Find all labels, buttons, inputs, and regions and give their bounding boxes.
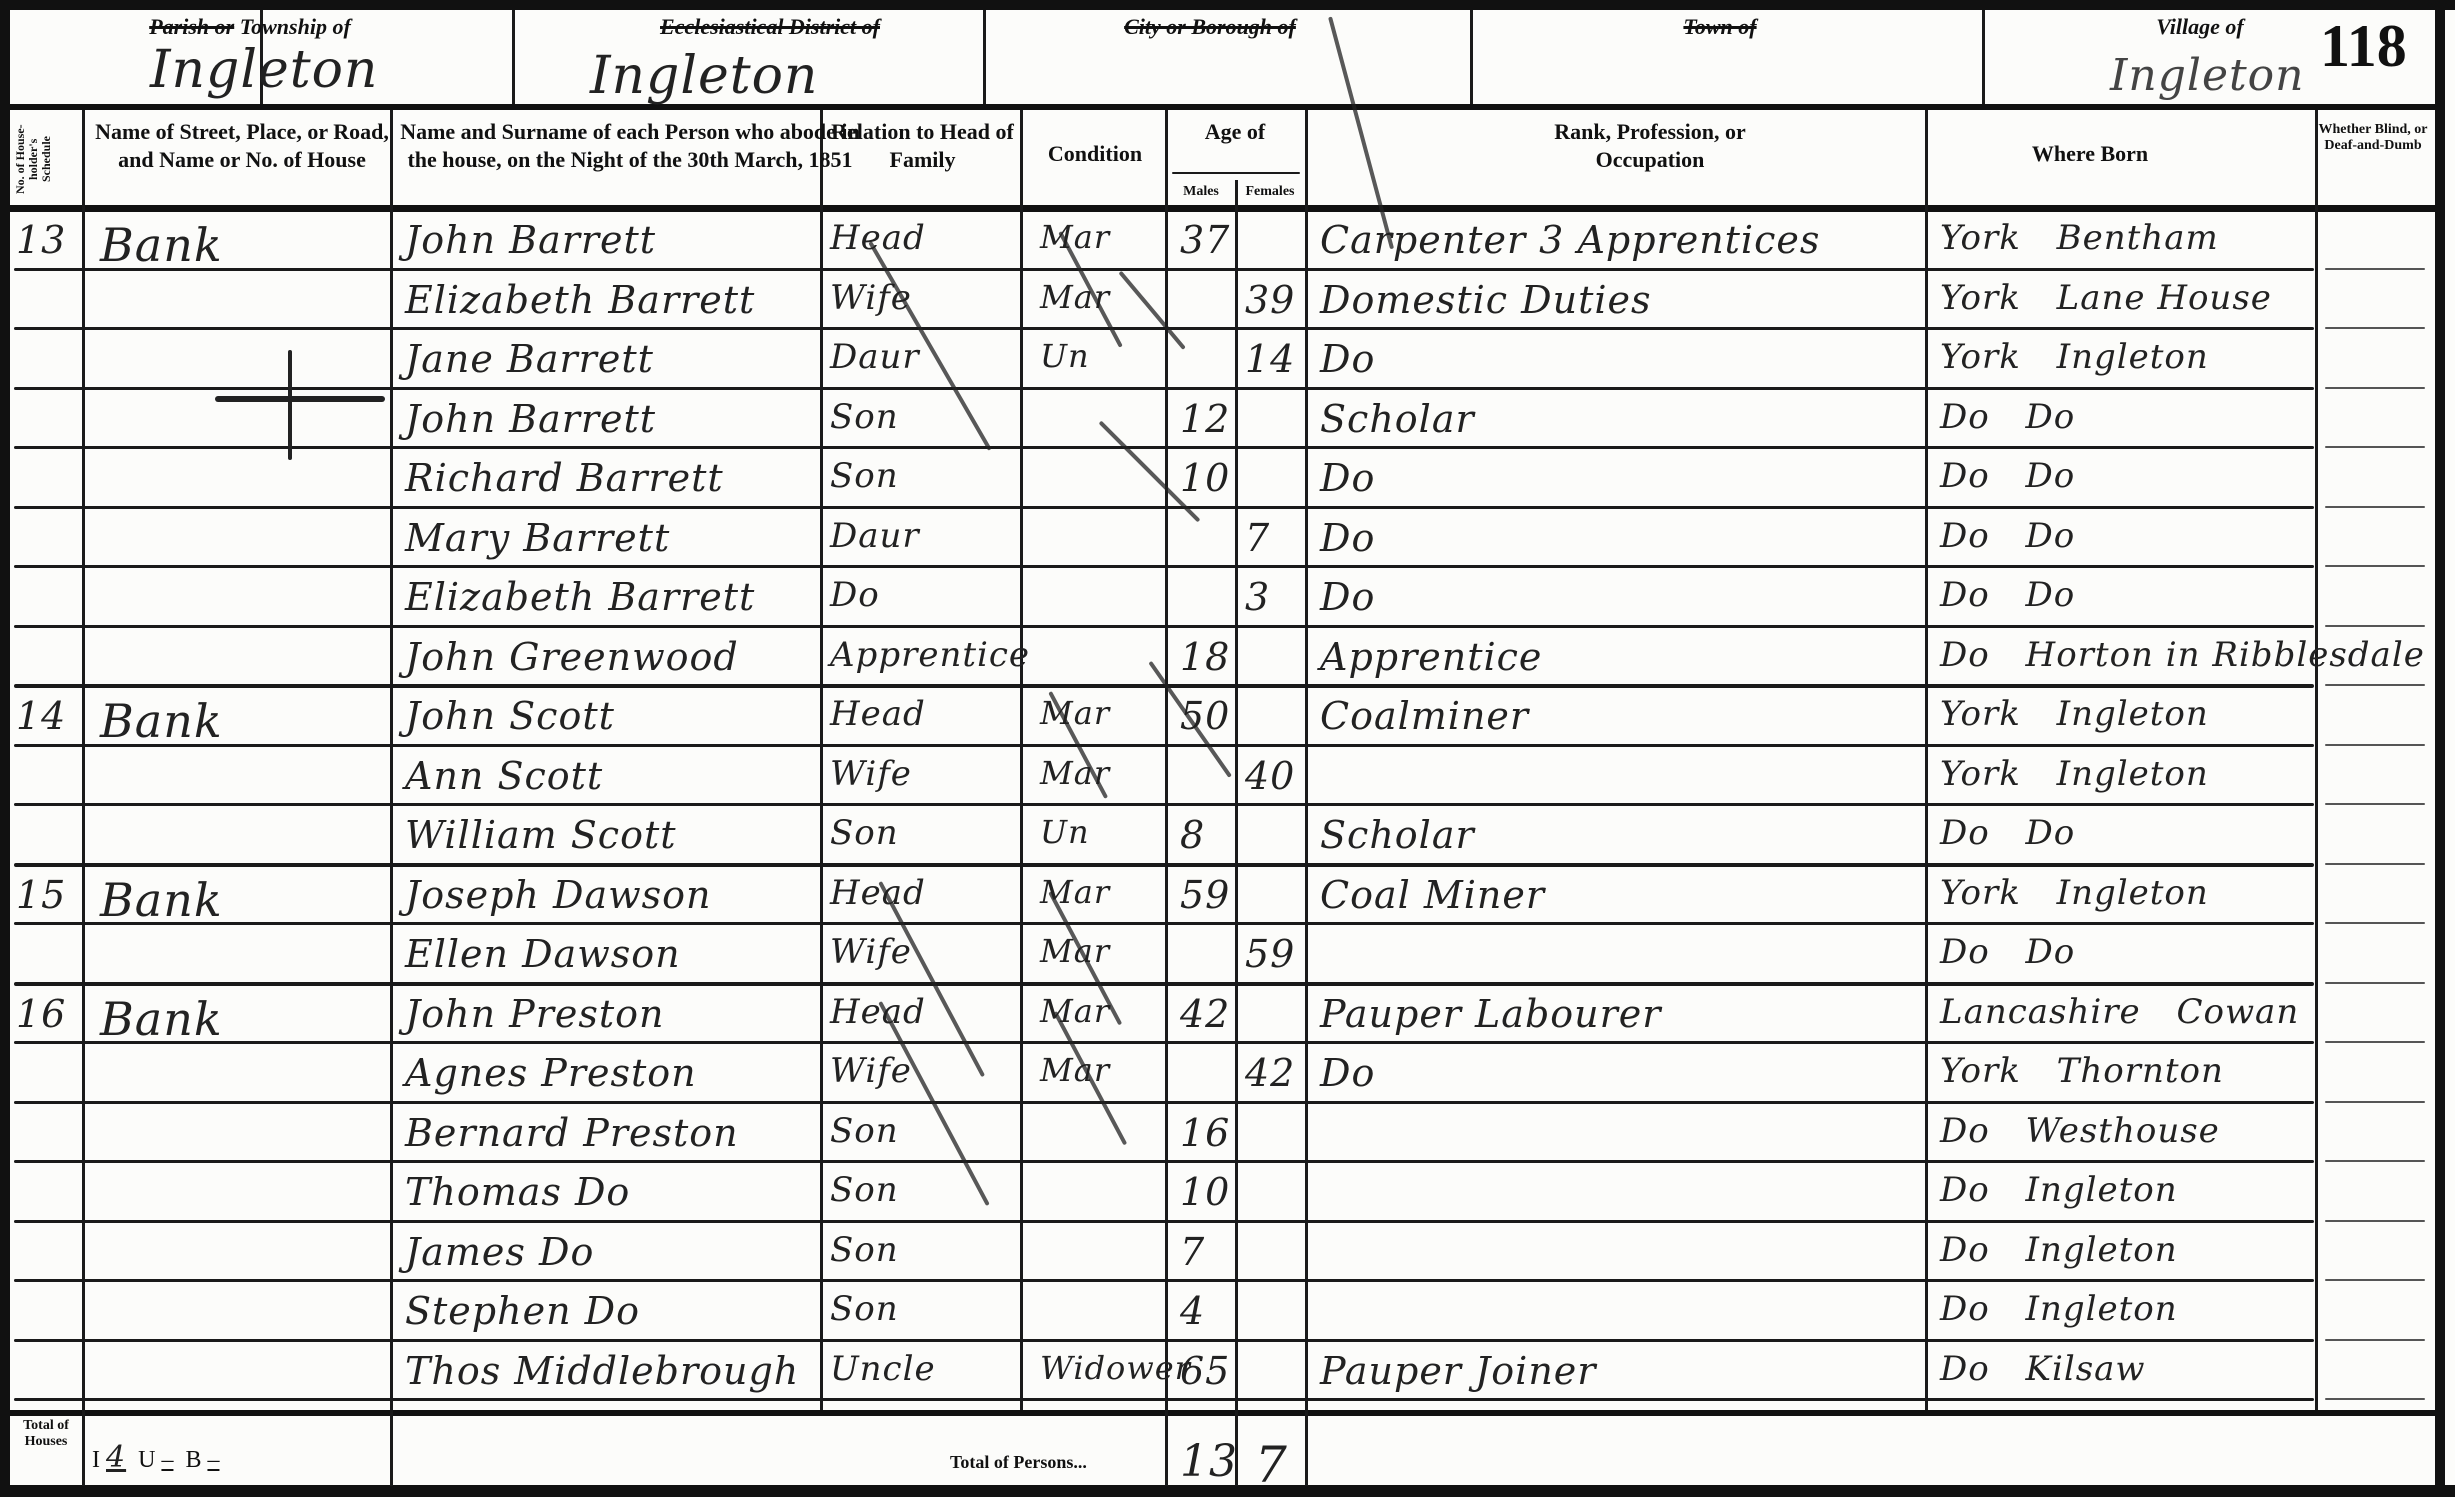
cell-age-males: 4 — [1180, 1289, 1205, 1333]
footer-sep — [82, 1410, 85, 1486]
row-line — [14, 387, 2314, 390]
row-line-blind — [2325, 744, 2425, 746]
born-county: Do — [1940, 516, 1990, 556]
row-line-blind — [2325, 863, 2425, 865]
cell-age-males: 7 — [1180, 1230, 1205, 1274]
cell-relation: Daur — [830, 516, 920, 556]
table-row: Agnes PrestonWifeMar42DoYork Thornton — [0, 1045, 2435, 1105]
cell-condition: Un — [1040, 337, 1090, 375]
cell-where-born: Do Ingleton — [1940, 1230, 2178, 1270]
header-sep — [1470, 10, 1473, 104]
born-place: Ingleton — [2026, 1230, 2178, 1270]
col-head-name: Name and Surname of each Person who abod… — [400, 118, 860, 174]
row-line-blind — [2325, 446, 2425, 448]
cell-name: Elizabeth Barrett — [405, 575, 755, 619]
cell-condition: Mar — [1040, 218, 1110, 256]
table-row: Elizabeth BarrettWifeMar39Domestic Dutie… — [0, 272, 2435, 332]
total-persons-label: Total of Persons... — [950, 1452, 1087, 1473]
cell-schedule: 13 — [16, 218, 66, 262]
born-place: Thornton — [2057, 1051, 2224, 1091]
row-line-blind — [2325, 1220, 2425, 1222]
born-place: Do — [2026, 932, 2076, 972]
row-line — [14, 625, 2314, 628]
col-head-born: Where Born — [1935, 140, 2245, 168]
table-row: 13BankJohn BarrettHeadMar37Carpenter 3 A… — [0, 212, 2435, 272]
cell-name: Ellen Dawson — [405, 932, 681, 976]
table-row: Jane BarrettDaurUn14DoYork Ingleton — [0, 331, 2435, 391]
born-place: Do — [2026, 516, 2076, 556]
born-place: Do — [2026, 575, 2076, 615]
cell-name: Stephen Do — [405, 1289, 640, 1333]
cell-where-born: Do Do — [1940, 575, 2075, 615]
cell-where-born: York Ingleton — [1940, 337, 2209, 377]
row-line-blind — [2325, 1339, 2425, 1341]
col-head-condition: Condition — [1025, 140, 1165, 168]
parish-value: Ingleton — [150, 40, 378, 100]
cell-where-born: Do Do — [1940, 456, 2075, 496]
born-place: Ingleton — [2026, 1289, 2178, 1329]
cell-age-males: 59 — [1180, 873, 1230, 917]
cell-street: Bank — [100, 992, 223, 1046]
row-line — [14, 446, 2314, 449]
table-row: 16BankJohn PrestonHeadMar42Pauper Labour… — [0, 986, 2435, 1046]
cell-where-born: Do Do — [1940, 813, 2075, 853]
cell-condition: Mar — [1040, 992, 1110, 1030]
cell-relation: Head — [830, 694, 926, 734]
table-row: Elizabeth BarrettDo3DoDo Do — [0, 569, 2435, 629]
born-county: Do — [1940, 635, 1990, 675]
born-place: Ingleton — [2057, 694, 2209, 734]
table-row: Thomas DoSon10Do Ingleton — [0, 1164, 2435, 1224]
header-divider — [10, 104, 2435, 110]
cell-relation: Son — [830, 1170, 899, 1210]
row-line — [14, 565, 2314, 568]
cell-occupation: Do — [1320, 337, 1375, 381]
cell-age-females: 14 — [1245, 337, 1295, 381]
cell-age-females: 42 — [1245, 1051, 1295, 1095]
footer-divider — [10, 1410, 2435, 1416]
cell-occupation: Do — [1320, 516, 1375, 560]
cell-occupation: Pauper Joiner — [1320, 1349, 1596, 1393]
cell-relation: Son — [830, 397, 899, 437]
cell-name: Elizabeth Barrett — [405, 278, 755, 322]
census-page: Parish or Township of Ingleton Ecclesias… — [0, 0, 2455, 1497]
born-county: Do — [1940, 813, 1990, 853]
age-underline — [1172, 172, 1300, 174]
total-females: 7 — [1255, 1436, 1288, 1494]
born-county: Do — [1940, 575, 1990, 615]
cell-age-females: 39 — [1245, 278, 1295, 322]
cell-name: Ann Scott — [405, 754, 603, 798]
cell-relation: Do — [830, 575, 880, 615]
born-place: Do — [2026, 813, 2076, 853]
footer-sep — [1165, 1410, 1168, 1486]
village-value: Ingleton — [2110, 50, 2305, 101]
town-label: Town of — [1620, 14, 1820, 40]
row-line-blind — [2325, 1279, 2425, 1281]
cell-name: Thos Middlebrough — [405, 1349, 799, 1393]
cell-relation: Wife — [830, 754, 912, 794]
uninhabited-prefix: U — [138, 1447, 155, 1473]
cell-occupation: Apprentice — [1320, 635, 1542, 679]
cell-where-born: York Ingleton — [1940, 873, 2209, 913]
cell-age-males: 37 — [1180, 218, 1230, 262]
village-label: Village of — [2100, 14, 2300, 40]
cell-relation: Son — [830, 456, 899, 496]
cell-schedule: 16 — [16, 992, 66, 1036]
cell-where-born: York Thornton — [1940, 1051, 2224, 1091]
parish-label-struck: Parish or — [149, 14, 234, 39]
cell-name: Richard Barrett — [405, 456, 724, 500]
row-line — [14, 1160, 2314, 1163]
cell-age-females: 3 — [1245, 575, 1270, 619]
cell-occupation: Coal Miner — [1320, 873, 1545, 917]
row-line-blind — [2325, 684, 2425, 686]
cell-condition: Mar — [1040, 1051, 1110, 1089]
row-line-blind — [2325, 1101, 2425, 1103]
born-county: York — [1940, 873, 2021, 913]
col-head-occupation: Rank, Profession, or Occupation — [1500, 118, 1800, 174]
cell-where-born: Do Ingleton — [1940, 1289, 2178, 1329]
cell-name: John Preston — [405, 992, 664, 1036]
cell-where-born: York Ingleton — [1940, 754, 2209, 794]
eccl-label: Ecclesiastical District of — [560, 14, 980, 40]
cell-where-born: York Ingleton — [1940, 694, 2209, 734]
born-place: Westhouse — [2026, 1111, 2220, 1151]
row-line-blind — [2325, 268, 2425, 270]
cell-where-born: York Bentham — [1940, 218, 2219, 258]
born-county: Do — [1940, 1111, 1990, 1151]
cell-name: Mary Barrett — [405, 516, 670, 560]
born-place: Bentham — [2057, 218, 2219, 258]
township-label: Township of — [240, 14, 351, 39]
cell-where-born: Do Kilsaw — [1940, 1349, 2146, 1389]
born-county: York — [1940, 754, 2021, 794]
building-prefix: B — [185, 1447, 201, 1473]
cell-occupation: Do — [1320, 456, 1375, 500]
born-place: Ingleton — [2026, 1170, 2178, 1210]
city-label: City or Borough of — [1080, 14, 1340, 40]
cell-occupation: Do — [1320, 1051, 1375, 1095]
table-row: 15BankJoseph DawsonHeadMar59Coal MinerYo… — [0, 867, 2435, 927]
row-line — [14, 1398, 2314, 1401]
row-line — [14, 1339, 2314, 1342]
uninhabited-value: – — [161, 1447, 173, 1473]
right-border — [2435, 0, 2445, 1497]
header-sep — [983, 10, 986, 104]
born-place: Ingleton — [2057, 337, 2209, 377]
born-county: York — [1940, 694, 2021, 734]
total-males: 13 — [1180, 1436, 1238, 1487]
cell-occupation: Carpenter 3 Apprentices — [1320, 218, 1820, 262]
cell-name: John Greenwood — [405, 635, 739, 679]
born-county: Do — [1940, 1349, 1990, 1389]
column-header-divider — [10, 205, 2435, 212]
cell-name: James Do — [405, 1230, 594, 1274]
col-head-street: Name of Street, Place, or Road, and Name… — [92, 118, 392, 174]
cell-age-females: 59 — [1245, 932, 1295, 976]
cell-name: John Barrett — [405, 218, 656, 262]
cell-relation: Head — [830, 873, 926, 913]
cross-mark — [215, 396, 385, 402]
cell-name: Joseph Dawson — [405, 873, 711, 917]
cell-where-born: Lancashire Cowan — [1940, 992, 2299, 1032]
born-place: Ingleton — [2057, 873, 2209, 913]
born-place: Cowan — [2176, 992, 2299, 1032]
header-sep — [1982, 10, 1985, 104]
cell-relation: Uncle — [830, 1349, 936, 1389]
cell-relation: Wife — [830, 932, 912, 972]
cell-age-males: 10 — [1180, 456, 1230, 500]
cell-age-males: 42 — [1180, 992, 1230, 1036]
born-place: Lane House — [2057, 278, 2272, 318]
footer-sep — [390, 1410, 393, 1486]
cell-age-females: 7 — [1245, 516, 1270, 560]
cell-relation: Apprentice — [830, 635, 1030, 675]
table-row: Stephen DoSon4Do Ingleton — [0, 1283, 2435, 1343]
born-county: Do — [1940, 1230, 1990, 1270]
row-line — [14, 1101, 2314, 1104]
cell-name: Thomas Do — [405, 1170, 630, 1214]
born-county: Do — [1940, 397, 1990, 437]
cell-street: Bank — [100, 873, 223, 927]
cell-where-born: Do Do — [1940, 932, 2075, 972]
cell-where-born: Do Horton in Ribblesdale — [1940, 635, 2425, 675]
page-number: 118 — [2320, 12, 2407, 81]
cell-age-males: 18 — [1180, 635, 1230, 679]
table-row: Bernard PrestonSon16Do Westhouse — [0, 1105, 2435, 1165]
cell-where-born: Do Ingleton — [1940, 1170, 2178, 1210]
cell-name: John Barrett — [405, 397, 656, 441]
eccl-value: Ingleton — [590, 46, 818, 106]
cell-where-born: Do Do — [1940, 397, 2075, 437]
header-sep — [512, 10, 515, 104]
row-line-blind — [2325, 922, 2425, 924]
table-row: Ellen DawsonWifeMar59Do Do — [0, 926, 2435, 986]
born-county: York — [1940, 1051, 2021, 1091]
row-line-blind — [2325, 327, 2425, 329]
table-row: 14BankJohn ScottHeadMar50CoalminerYork I… — [0, 688, 2435, 748]
born-county: Do — [1940, 456, 1990, 496]
cell-occupation: Do — [1320, 575, 1375, 619]
row-line — [14, 268, 2314, 271]
row-line — [14, 1279, 2314, 1282]
table-row: Thos MiddlebroughUncleWidower65Pauper Jo… — [0, 1343, 2435, 1403]
houses-inhabited: I 4 U – B – — [92, 1440, 219, 1475]
cell-relation: Wife — [830, 1051, 912, 1091]
born-county: York — [1940, 278, 2021, 318]
cell-age-males: 8 — [1180, 813, 1205, 857]
cell-name: William Scott — [405, 813, 677, 857]
cell-condition: Widower — [1040, 1349, 1191, 1387]
cell-where-born: Do Do — [1940, 516, 2075, 556]
col-head-blind: Whether Blind, or Deaf-and-Dumb — [2318, 122, 2428, 154]
cell-relation: Son — [830, 1289, 899, 1329]
row-line-blind — [2325, 1041, 2425, 1043]
cell-relation: Son — [830, 813, 899, 853]
col-head-age-females: Females — [1235, 184, 1305, 200]
row-line — [14, 506, 2314, 509]
row-line-blind — [2325, 625, 2425, 627]
building-value: – — [207, 1447, 219, 1473]
cell-occupation: Scholar — [1320, 397, 1475, 441]
cell-occupation: Pauper Labourer — [1320, 992, 1661, 1036]
cell-name: Jane Barrett — [405, 337, 654, 381]
row-line-blind — [2325, 803, 2425, 805]
col-head-relation: Relation to Head of Family — [830, 118, 1015, 174]
cell-condition: Mar — [1040, 694, 1110, 732]
inhabited-value: 4 — [106, 1440, 126, 1475]
cell-age-males: 65 — [1180, 1349, 1230, 1393]
table-row: John GreenwoodApprentice18ApprenticeDo H… — [0, 629, 2435, 689]
col-head-age-males: Males — [1168, 184, 1234, 200]
table-row: William ScottSonUn8ScholarDo Do — [0, 807, 2435, 867]
cell-age-males: 10 — [1180, 1170, 1230, 1214]
row-line-blind — [2325, 506, 2425, 508]
cell-where-born: Do Westhouse — [1940, 1111, 2220, 1151]
row-line — [14, 1041, 2314, 1044]
cell-occupation: Scholar — [1320, 813, 1475, 857]
cell-age-males: 16 — [1180, 1111, 1230, 1155]
row-line-blind — [2325, 982, 2425, 984]
total-houses-label: Total of Houses — [12, 1418, 80, 1450]
cell-name: John Scott — [405, 694, 615, 738]
born-county: Do — [1940, 1289, 1990, 1329]
row-line-blind — [2325, 387, 2425, 389]
cell-condition: Un — [1040, 813, 1090, 851]
born-county: Lancashire — [1940, 992, 2141, 1032]
born-county: Do — [1940, 932, 1990, 972]
inhabited-prefix: I — [92, 1447, 100, 1473]
col-head-schedule: No. of House-holder's Schedule — [14, 115, 84, 203]
table-row: Mary BarrettDaur7DoDo Do — [0, 510, 2435, 570]
cross-mark — [288, 350, 292, 460]
cell-relation: Head — [830, 992, 926, 1032]
top-border — [0, 0, 2455, 10]
cell-relation: Son — [830, 1111, 899, 1151]
born-place: Do — [2026, 397, 2076, 437]
cell-occupation: Domestic Duties — [1320, 278, 1652, 322]
born-county: Do — [1940, 1170, 1990, 1210]
born-county: York — [1940, 337, 2021, 377]
table-row: James DoSon7Do Ingleton — [0, 1224, 2435, 1284]
cell-age-males: 12 — [1180, 397, 1230, 441]
row-line-blind — [2325, 565, 2425, 567]
row-line — [14, 744, 2314, 747]
cell-relation: Daur — [830, 337, 920, 377]
row-line — [14, 803, 2314, 806]
cell-street: Bank — [100, 694, 223, 748]
parish-label: Parish or Township of — [90, 14, 410, 40]
born-place: Ingleton — [2057, 754, 2209, 794]
cell-name: Agnes Preston — [405, 1051, 697, 1095]
cell-schedule: 15 — [16, 873, 66, 917]
row-line-blind — [2325, 1160, 2425, 1162]
cell-age-females: 40 — [1245, 754, 1295, 798]
row-line — [14, 922, 2314, 925]
cell-occupation: Coalminer — [1320, 694, 1529, 738]
cell-street: Bank — [100, 218, 223, 272]
cell-relation: Son — [830, 1230, 899, 1270]
cell-where-born: York Lane House — [1940, 278, 2272, 318]
col-head-age: Age of — [1170, 118, 1300, 146]
footer-sep — [1305, 1410, 1308, 1486]
cell-name: Bernard Preston — [405, 1111, 739, 1155]
born-place: Horton in Ribblesdale — [2026, 635, 2425, 675]
table-row: Richard BarrettSon10DoDo Do — [0, 450, 2435, 510]
born-place: Do — [2026, 456, 2076, 496]
cell-schedule: 14 — [16, 694, 66, 738]
born-place: Kilsaw — [2026, 1349, 2146, 1389]
row-line — [14, 1220, 2314, 1223]
row-line-blind — [2325, 1398, 2425, 1400]
born-county: York — [1940, 218, 2021, 258]
